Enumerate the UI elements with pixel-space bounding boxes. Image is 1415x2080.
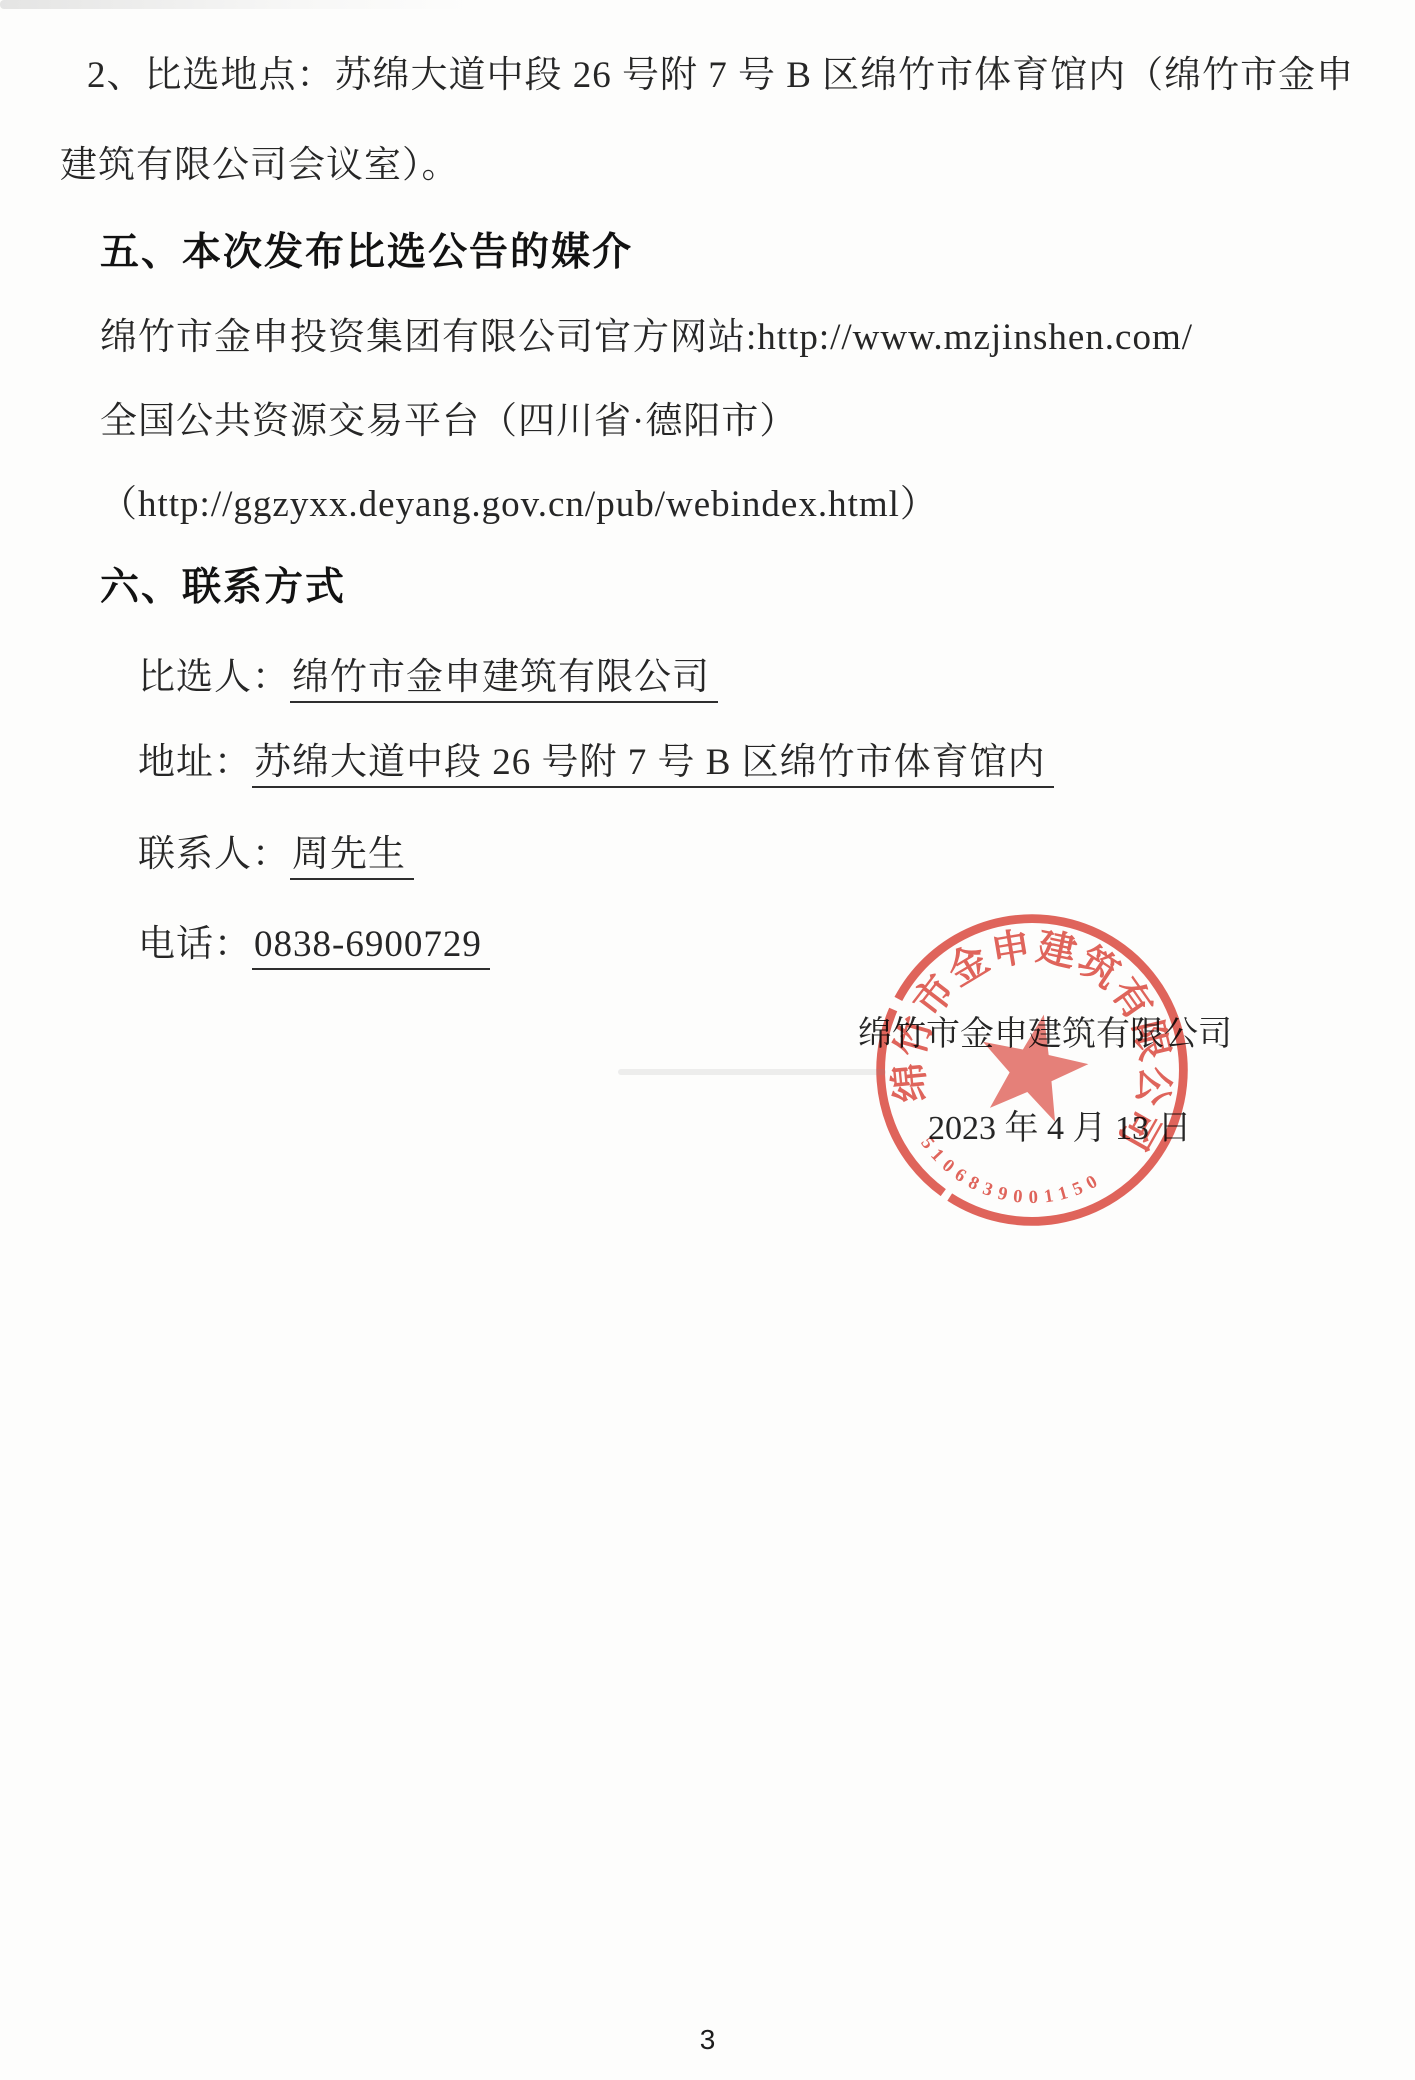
contact-value: 0838-6900729: [252, 924, 490, 970]
section-heading-contact: 六、联系方式: [100, 556, 346, 612]
contact-label: 电话：: [138, 924, 252, 965]
contact-row-bidder: 比选人：绵竹市金申建筑有限公司: [138, 646, 718, 700]
contact-value: 绵竹市金申建筑有限公司: [290, 657, 718, 703]
page-number: 3: [0, 2024, 1415, 2056]
bid-location-line-2: 建筑有限公司会议室）。: [60, 134, 460, 188]
contact-row-person: 联系人：周先生: [138, 823, 414, 877]
contact-label: 地址：: [138, 742, 252, 783]
scan-smudge: [0, 0, 470, 9]
document-page: 2、比选地点：苏绵大道中段 26 号附 7 号 B 区绵竹市体育馆内（绵竹市金申…: [0, 0, 1415, 2080]
seal-star-icon: [970, 1003, 1097, 1126]
contact-value: 周先生: [290, 834, 414, 880]
contact-label: 联系人：: [138, 834, 290, 875]
company-seal: 绵竹市金申建筑有限公司 5106839001150: [866, 904, 1198, 1236]
contact-row-address: 地址：苏绵大道中段 26 号附 7 号 B 区绵竹市体育馆内: [138, 731, 1054, 785]
bid-location-line-1: 2、比选地点：苏绵大道中段 26 号附 7 号 B 区绵竹市体育馆内（绵竹市金申: [87, 44, 1354, 98]
contact-value: 苏绵大道中段 26 号附 7 号 B 区绵竹市体育馆内: [252, 742, 1054, 788]
media-platform-url-line: （http://ggzyxx.deyang.gov.cn/pub/webinde…: [100, 473, 938, 527]
media-platform-line: 全国公共资源交易平台（四川省·德阳市）: [100, 390, 797, 444]
section-heading-media: 五、本次发布比选公告的媒介: [100, 221, 633, 277]
scan-smudge: [618, 1069, 886, 1075]
contact-row-phone: 电话：0838-6900729: [138, 913, 490, 967]
media-website-line: 绵竹市金申投资集团有限公司官方网站:http://www.mzjinshen.c…: [100, 306, 1193, 360]
contact-label: 比选人：: [138, 657, 290, 698]
